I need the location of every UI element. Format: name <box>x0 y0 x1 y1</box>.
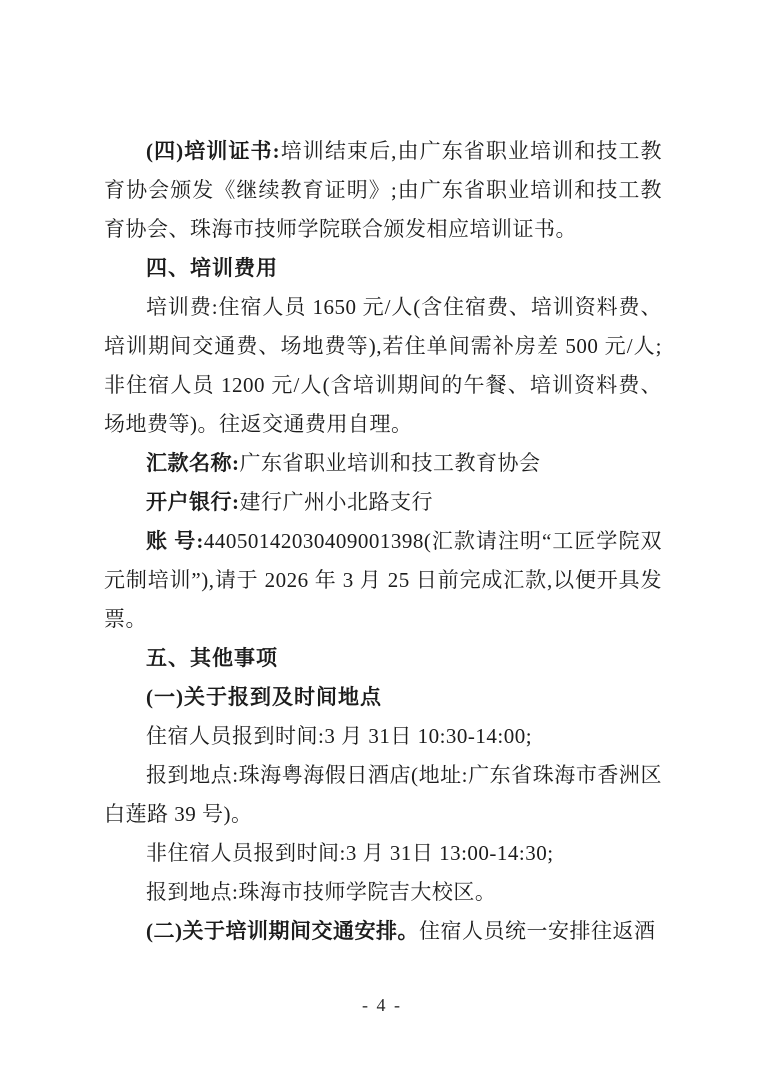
section-heading-other-matters: 五、其他事项 <box>104 639 662 678</box>
paragraph-remittance-name: 汇款名称:广东省职业培训和技工教育协会 <box>104 444 662 483</box>
paragraph-text: 广东省职业培训和技工教育协会 <box>240 451 541 475</box>
document-page: (四)培训证书:培训结束后,由广东省职业培训和技工教育协会颁发《继续教育证明》;… <box>0 0 764 1080</box>
paragraph-lead-bold: 账 号: <box>146 529 204 553</box>
paragraph-lead-bold: (四)培训证书: <box>146 139 280 163</box>
paragraph-checkin-place: 报到地点:珠海粤海假日酒店(地址:广东省珠海市香洲区白莲路 39 号)。 <box>104 756 662 834</box>
paragraph-fee-details: 培训费:住宿人员 1650 元/人(含住宿费、培训资料费、培训期间交通费、场地费… <box>104 288 662 444</box>
paragraph-transport-arrangement: (二)关于培训期间交通安排。住宿人员统一安排往返酒 <box>104 912 662 951</box>
paragraph-non-resident-checkin-place: 报到地点:珠海市技师学院吉大校区。 <box>104 873 662 912</box>
page-number: - 4 - <box>0 993 764 1017</box>
paragraph-lead-bold: (二)关于培训期间交通安排。 <box>146 919 419 943</box>
paragraph-non-resident-checkin-time: 非住宿人员报到时间:3 月 31日 13:00-14:30; <box>104 834 662 873</box>
paragraph-bank: 开户银行:建行广州小北路支行 <box>104 483 662 522</box>
paragraph-lead-bold: 开户银行: <box>146 490 240 514</box>
paragraph-lead-bold: 汇款名称: <box>146 451 240 475</box>
paragraph-text: 建行广州小北路支行 <box>240 490 434 514</box>
section-heading-training-fees: 四、培训费用 <box>104 249 662 288</box>
paragraph-training-certificate: (四)培训证书:培训结束后,由广东省职业培训和技工教育协会颁发《继续教育证明》;… <box>104 132 662 249</box>
subheading-checkin-time-place: (一)关于报到及时间地点 <box>104 678 662 717</box>
paragraph-account-number: 账 号:44050142030409001398(汇款请注明“工匠学院双元制培训… <box>104 522 662 639</box>
paragraph-checkin-time: 住宿人员报到时间:3 月 31日 10:30-14:00; <box>104 717 662 756</box>
paragraph-text: 住宿人员统一安排往返酒 <box>419 919 656 943</box>
document-body: (四)培训证书:培训结束后,由广东省职业培训和技工教育协会颁发《继续教育证明》;… <box>104 132 662 951</box>
